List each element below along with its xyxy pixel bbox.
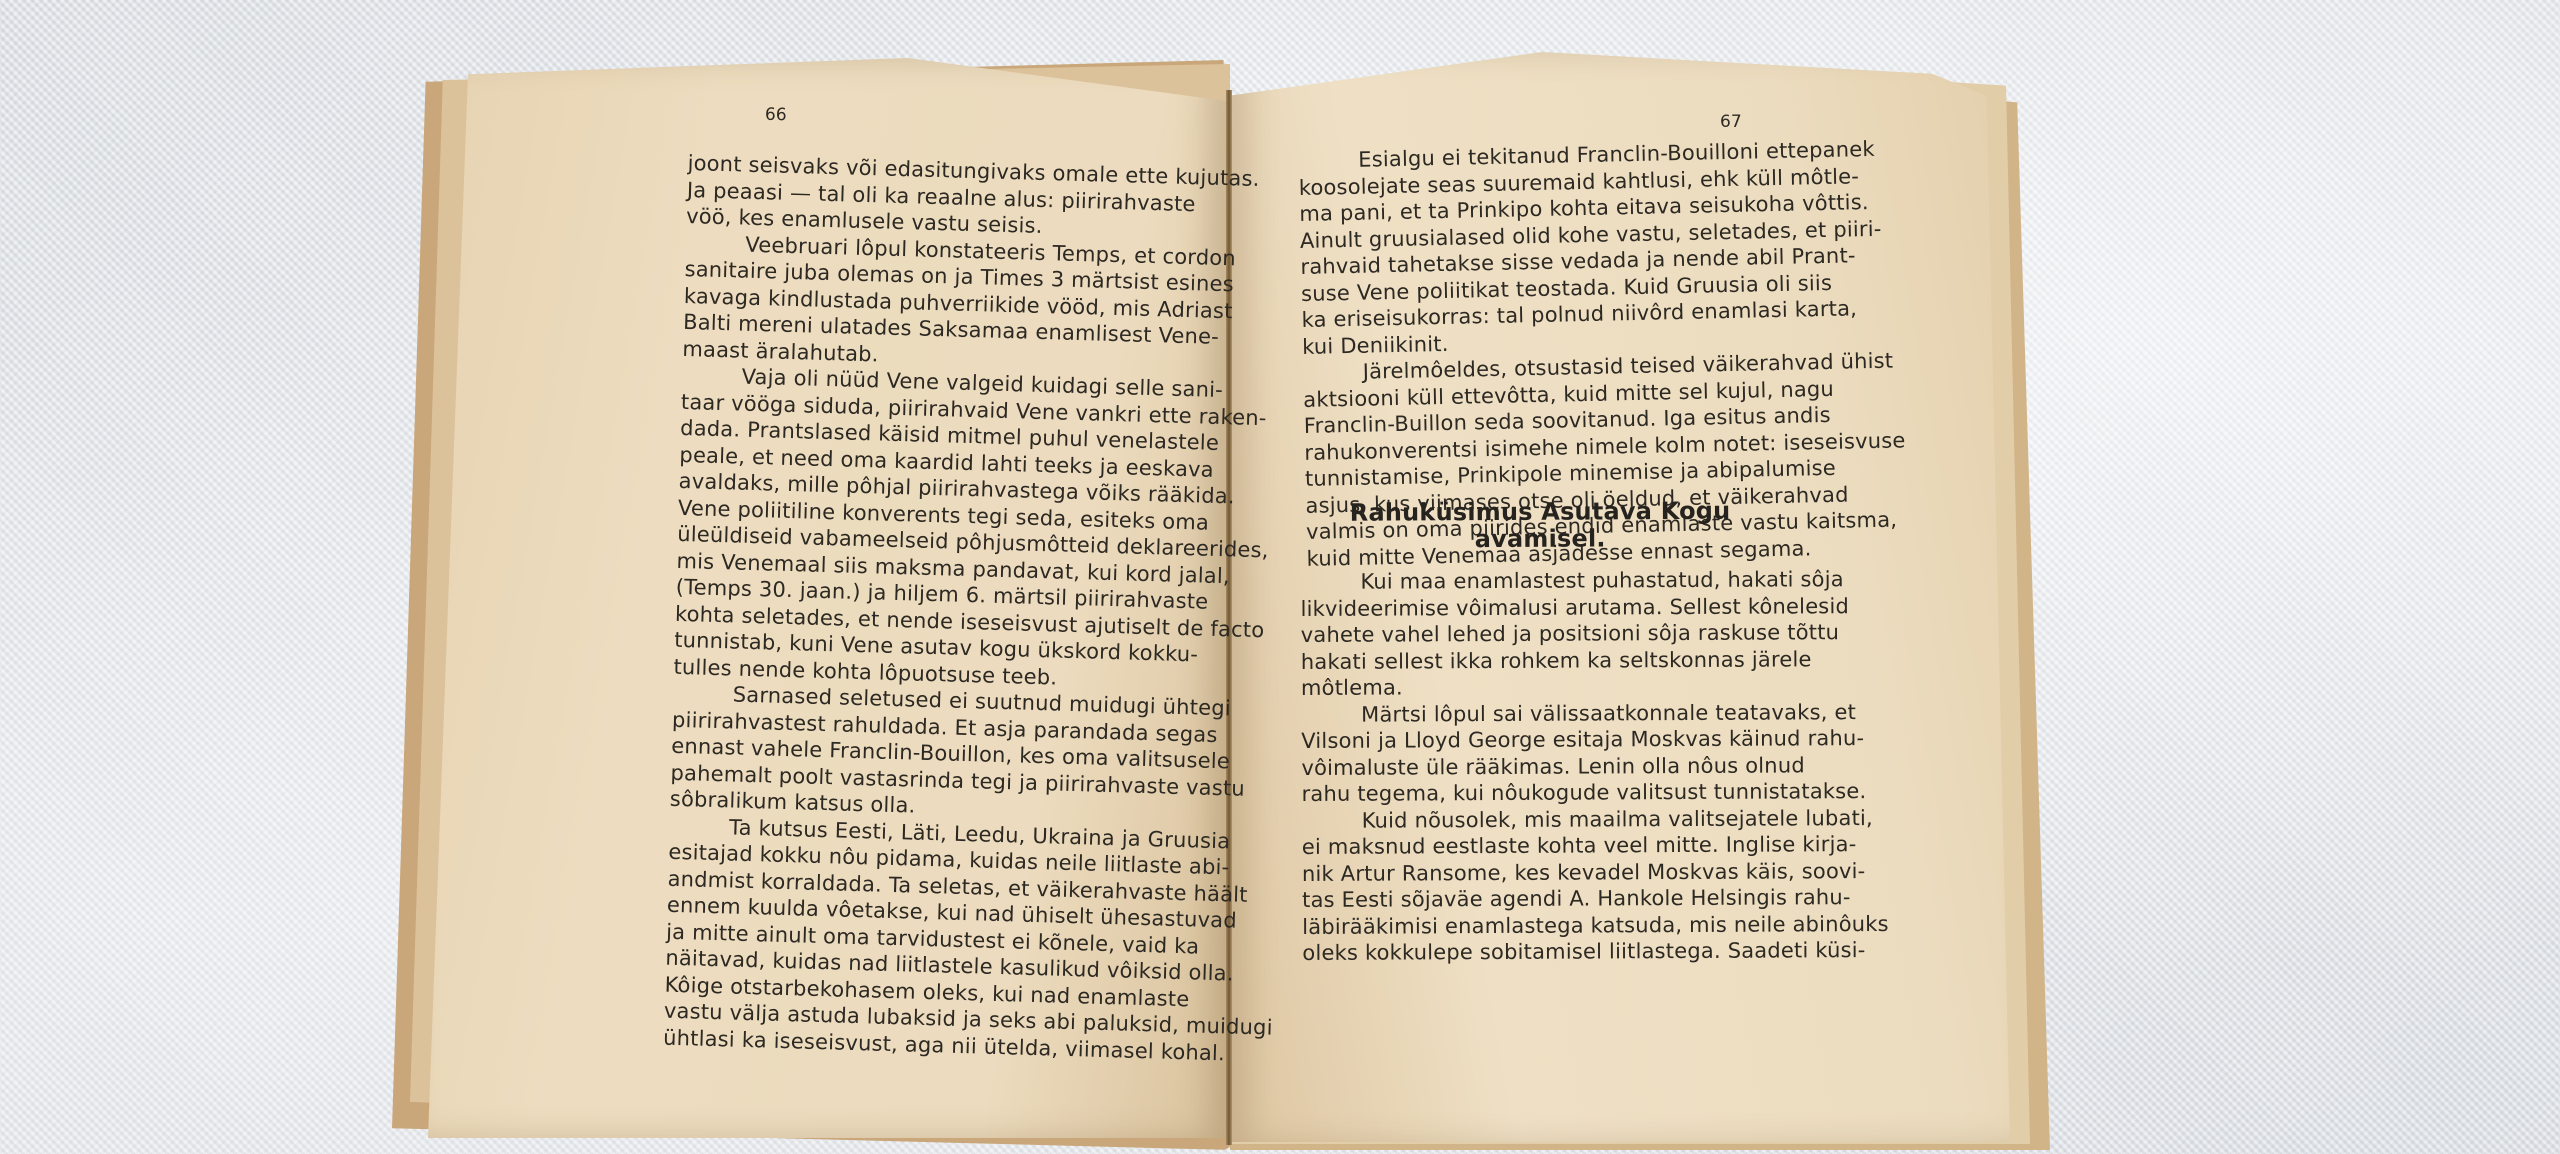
text-line: oleks kokkulepe sobitamisel liitlastega.… xyxy=(1302,937,1782,966)
text-line: Vilsoni ja Lloyd George esitaja Moskvas … xyxy=(1301,725,1781,754)
section-heading: Rahuküsimus Asutava Kogu avamisel. xyxy=(1300,497,1780,553)
text-line: ei maksnud eestlaste kohta veel mitte. I… xyxy=(1302,831,1782,860)
right-page-number: 67 xyxy=(1720,112,1742,132)
text-line: Kui maa enamlastest puhastatud, hakati s… xyxy=(1300,566,1780,595)
text-line: tas Eesti sõjaväe agendi A. Hankole Hels… xyxy=(1302,884,1782,913)
text-line: Kuid nõusolek, mis maailma valitsejatele… xyxy=(1302,805,1782,834)
text-line: läbirääkimisi enamlastega katsuda, mis n… xyxy=(1302,911,1782,940)
left-page-number: 66 xyxy=(765,105,787,125)
text-line: nik Artur Ransome, kes kevadel Moskvas k… xyxy=(1302,858,1782,887)
left-page-text: joont seisvaks või edasitungivaks omale … xyxy=(663,150,1188,1065)
open-book: 66 67 joont seisvaks või edasitungivaks … xyxy=(0,0,2560,1154)
text-line: likvideerimise vôimalusi arutama. Selles… xyxy=(1301,593,1781,622)
text-line: Märtsi lôpul sai välissaatkonnale teatav… xyxy=(1301,699,1781,728)
text-line: vôimaluste üle rääkimas. Lenin olla nôus… xyxy=(1301,752,1781,781)
text-line: hakati sellest ikka rohkem ka seltskonna… xyxy=(1301,646,1781,675)
text-line: vahete vahel lehed ja positsioni sôja ra… xyxy=(1301,619,1781,648)
text-line: rahu tegema, kui nôukogude valitsust tun… xyxy=(1301,778,1781,807)
text-line: môtlema. xyxy=(1301,672,1781,701)
right-page-section: Rahuküsimus Asutava Kogu avamisel. Kui m… xyxy=(1300,497,1782,966)
